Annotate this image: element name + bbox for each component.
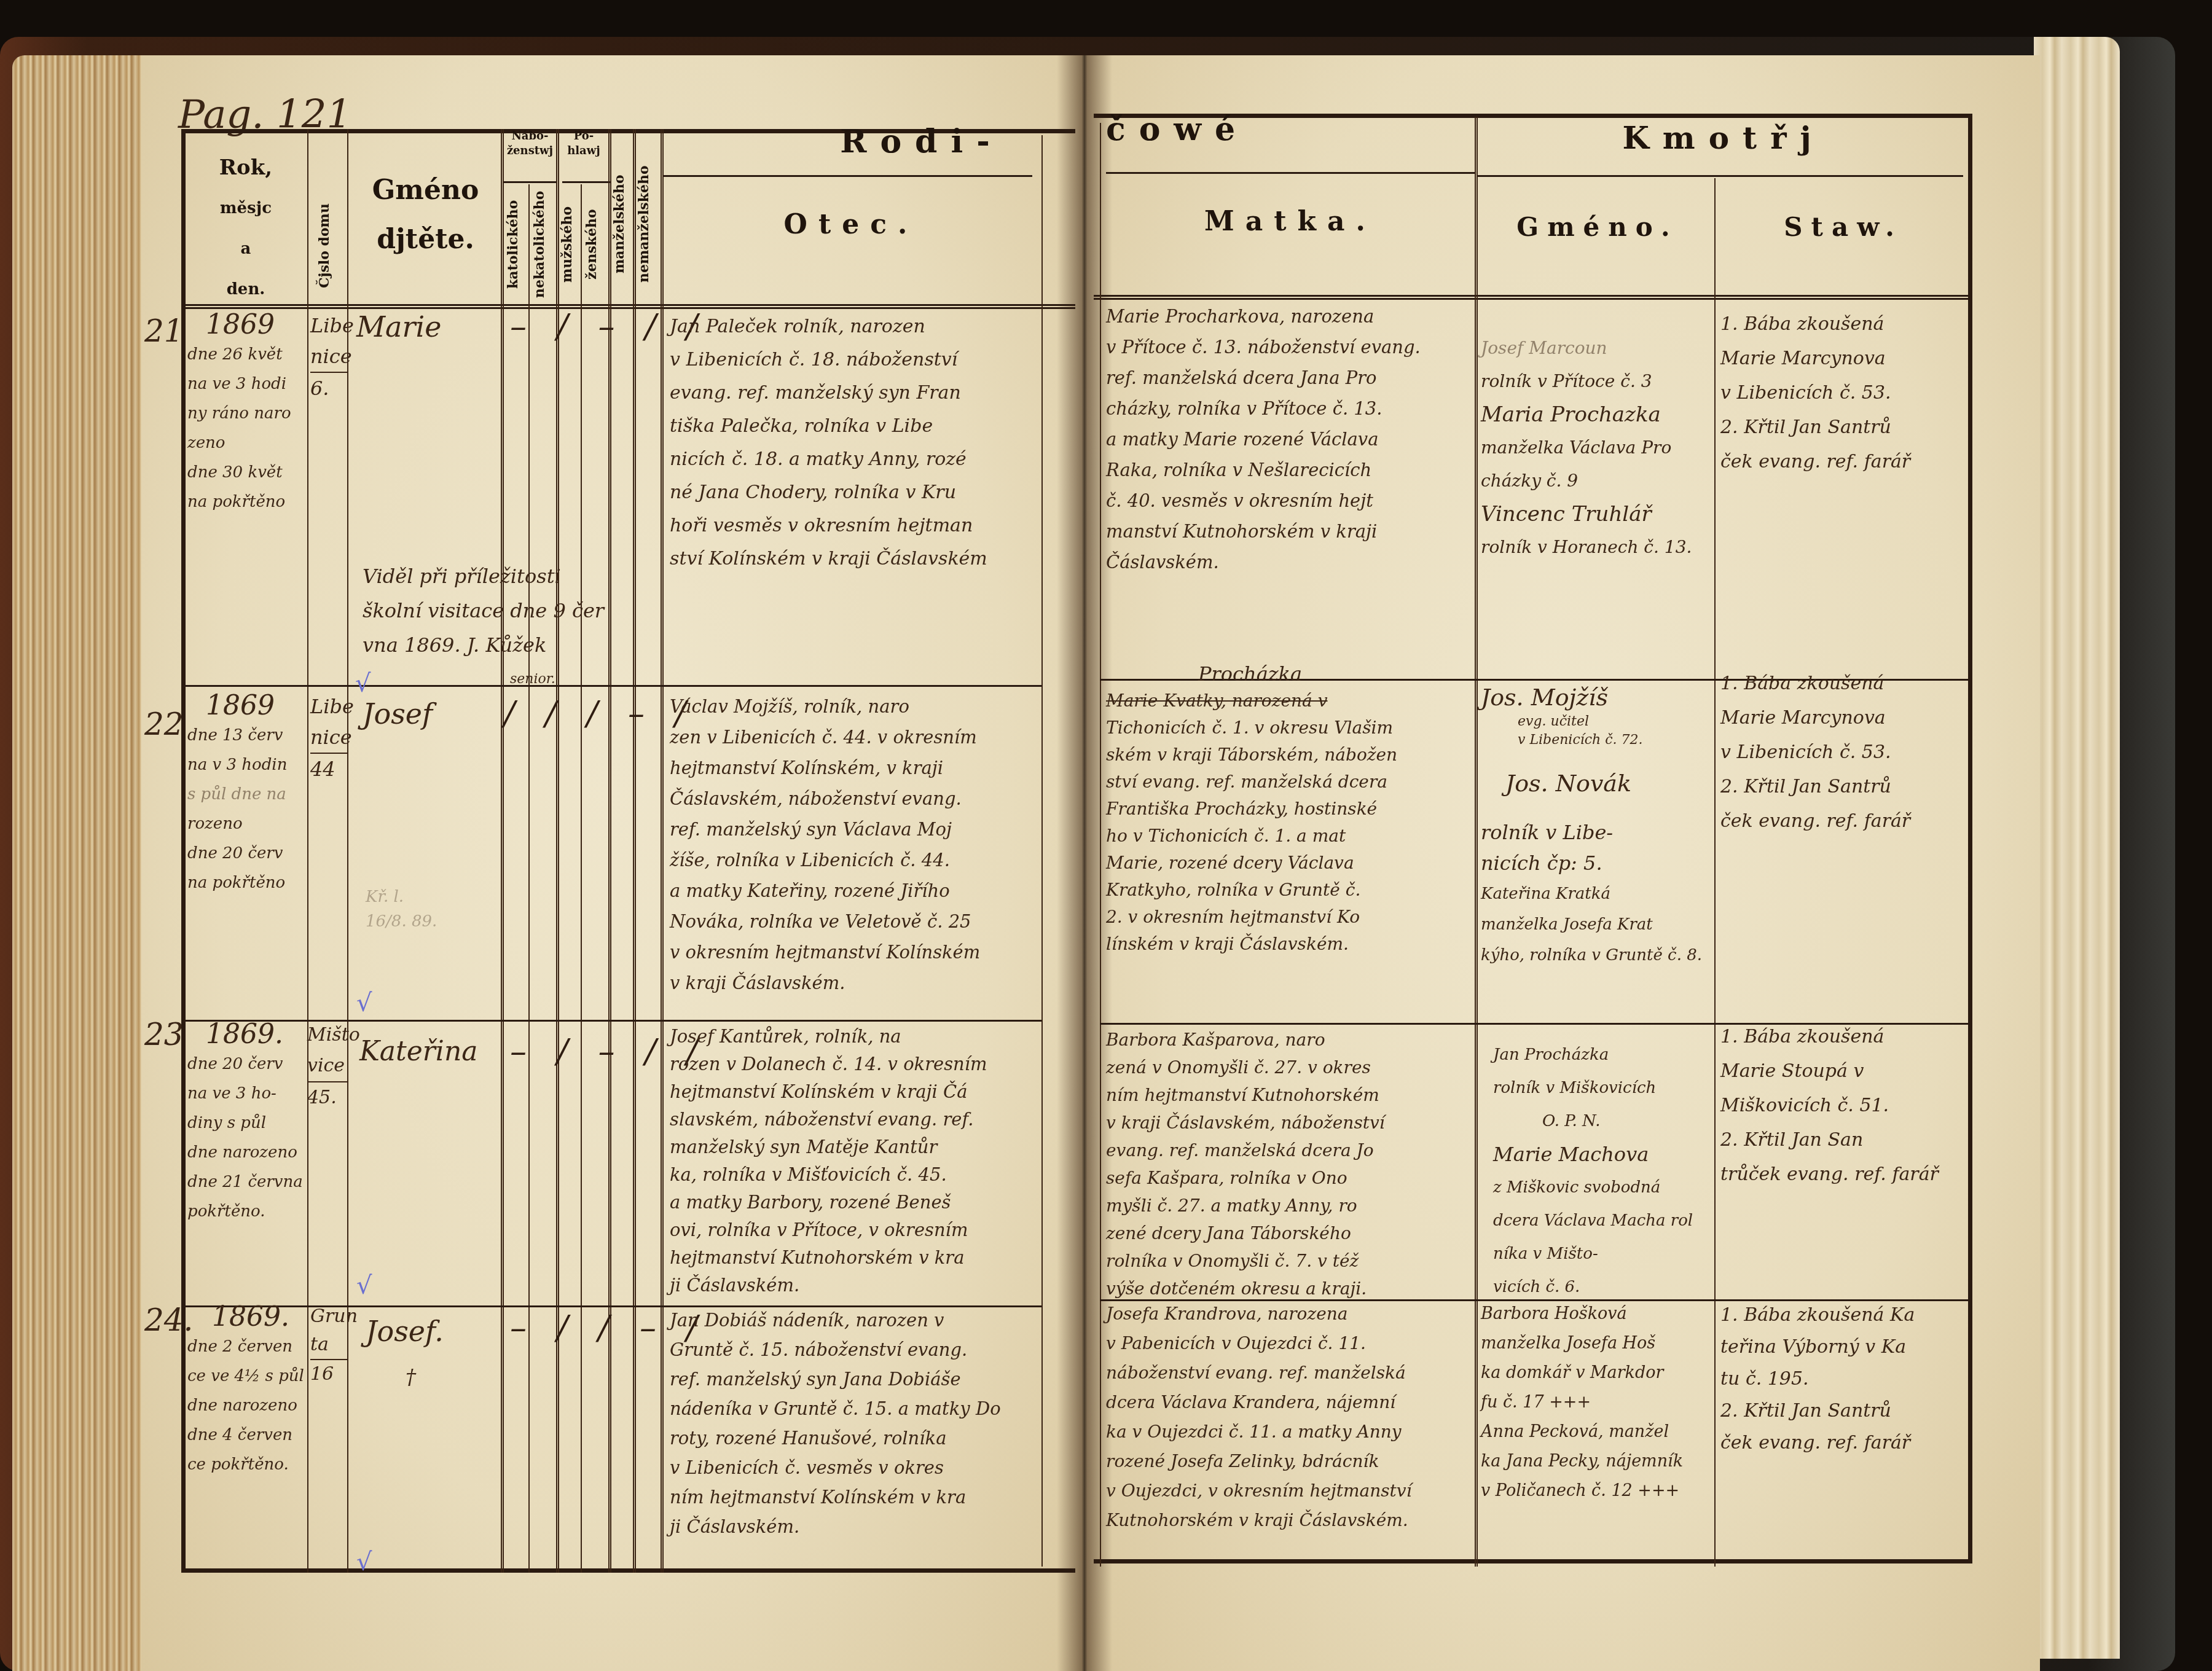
status-line: Miškovicích č. 51.: [1720, 1089, 1969, 1123]
entry-mother: Marie Procharkova, narozena v Přítoce č.…: [1106, 301, 1475, 577]
godparent-line: nicích čp: 5.: [1481, 848, 1714, 879]
father-line: Gruntě č. 15. náboženství evang.: [670, 1335, 1038, 1364]
entry-father: Josef Kantůrek, rolník, na rozen v Dolan…: [670, 1023, 1038, 1299]
godparent-line: ka Jana Pecky, nájemník: [1481, 1447, 1717, 1476]
date-line: 1869: [187, 310, 307, 340]
father-line: Jan Dobiáš nádeník, narozen v: [670, 1305, 1038, 1335]
entry-marks: / / / – /: [504, 694, 696, 733]
entry-godparent-status: 1. Bába zkoušená Ka teřina Výborný v Ka …: [1720, 1299, 1969, 1459]
godparent-line: rolník v Miškovicích: [1493, 1071, 1714, 1105]
father-line: evang. ref. manželský syn Fran: [670, 377, 1038, 410]
father-line: ji Čáslavském.: [670, 1272, 1038, 1299]
header-sex-male: mužského: [559, 187, 579, 301]
header-parents-right: čowé: [1106, 111, 1229, 148]
status-line: 1. Bába zkoušená: [1720, 1020, 1969, 1054]
date-line: dne 4 červen: [187, 1420, 310, 1450]
father-line: Josef Kantůrek, rolník, na: [670, 1023, 1038, 1051]
date-line: zeno: [187, 428, 307, 458]
date-line: rozeno: [187, 809, 307, 839]
status-line: trůček evang. ref. farář: [1720, 1157, 1969, 1192]
godparent-line: Barbora Hošková: [1481, 1299, 1717, 1329]
entry-house: Libe nice 44: [310, 691, 347, 785]
mother-line: výše dotčeném okresu a kraji.: [1106, 1275, 1475, 1302]
col-rule-mother-left: [1100, 123, 1101, 1567]
date-line: dne 26 květ: [187, 340, 307, 369]
mother-line: ském v kraji Táborském, nábožen: [1106, 742, 1475, 769]
mother-line: zená v Onomyšli č. 27. v okres: [1106, 1054, 1475, 1081]
entry-child-name: Kateřina: [359, 1035, 478, 1068]
entry-father: Václav Mojžíš, rolník, naro zen v Libeni…: [670, 691, 1038, 998]
header-sex-female: ženského: [584, 187, 605, 301]
header-sex: Po-hlawj: [559, 129, 608, 158]
pencil-note: Kř. l. 16/8. 89.: [366, 885, 452, 934]
status-line: 2. Křtil Jan San: [1720, 1123, 1969, 1157]
godparent-line: vicích č. 6.: [1493, 1270, 1714, 1304]
entry-godparent-status: 1. Bába zkoušená Marie Stoupá v Miškovic…: [1720, 1020, 1969, 1192]
father-line: žíše, rolníka v Libenicích č. 44.: [670, 845, 1038, 875]
father-line: hejtmanství Kolínském v kraji Čá: [670, 1078, 1038, 1106]
mother-line: ho v Tichonicích č. 1. a mat: [1106, 823, 1475, 850]
mother-line: rolníka v Onomyšli č. 7. v též: [1106, 1247, 1475, 1275]
godparent-line: Marie Machova: [1493, 1138, 1714, 1171]
header-date-line: měsjc: [184, 188, 307, 229]
mother-line: zené dcery Jana Táborského: [1106, 1219, 1475, 1247]
entry-house: Grun ta 16: [310, 1302, 347, 1388]
father-line: v okresním hejtmanství Kolínském: [670, 937, 1038, 968]
parents-subrule-right: [1106, 172, 1475, 174]
entry-date: 1869. dne 20 červ na ve 3 ho- diny s půl…: [187, 1020, 307, 1226]
entry-number: 21: [144, 313, 184, 349]
header-legitimate: manželského: [611, 147, 631, 301]
pencil-note-line: Kř. l.: [366, 885, 452, 909]
father-line: rozen v Dolanech č. 14. v okresním: [670, 1051, 1038, 1078]
father-line: ka, rolníka v Mišťovicích č. 45.: [670, 1161, 1038, 1189]
status-line: Marie Stoupá v: [1720, 1054, 1969, 1089]
mother-line: ka v Oujezdci č. 11. a matky Anny: [1106, 1417, 1475, 1447]
header-child-name-line: Gméno: [350, 166, 501, 215]
godparent-line: níka v Mišto-: [1493, 1237, 1714, 1270]
inspection-note: Viděl při příležitosti školní visitace d…: [363, 559, 633, 697]
header-mother: Matka.: [1106, 206, 1475, 237]
note-line: školní visitace dne 9 čer: [363, 593, 633, 628]
father-line: Čáslavském, náboženství evang.: [670, 783, 1038, 814]
entry-mother: Josefa Krandrova, narozena v Pabenicích …: [1106, 1299, 1475, 1535]
entry-godparent-names: Jos. Mojžíš evg. učitel v Libenicích č. …: [1481, 682, 1714, 971]
header-father: Otec.: [664, 209, 1038, 240]
mother-line: Kutnohorském v kraji Čáslavském.: [1106, 1506, 1475, 1535]
father-line: ním hejtmanství Kolínském v kra: [670, 1482, 1038, 1512]
father-line: nádeníka v Gruntě č. 15. a matky Do: [670, 1394, 1038, 1423]
father-line: Nováka, rolníka ve Veletově č. 25: [670, 906, 1038, 937]
date-line: 1869.: [187, 1020, 307, 1049]
father-line: nicích č. 18. a matky Anny, rozé: [670, 443, 1038, 476]
sex-subrule: [562, 181, 611, 183]
godparent-signature: Jos. Novák: [1481, 749, 1714, 799]
mother-line: sefa Kašpara, rolníka v Ono: [1106, 1164, 1475, 1192]
mother-line: Josefa Krandrova, narozena: [1106, 1299, 1475, 1329]
pencil-note-line: 16/8. 89.: [366, 909, 452, 934]
entry-father: Jan Dobiáš nádeník, narozen v Gruntě č. …: [670, 1305, 1038, 1541]
father-line: a matky Barbory, rozené Beneš: [670, 1189, 1038, 1216]
father-line: a matky Kateřiny, rozené Jiřího: [670, 875, 1038, 906]
mother-line: č. 40. vesměs v okresním hejt: [1106, 485, 1475, 516]
house-line: ta: [310, 1331, 347, 1359]
godparent-line: Maria Prochazka: [1481, 398, 1714, 431]
mother-line: evang. ref. manželská dcera Jo: [1106, 1137, 1475, 1164]
father-line: ref. manželský syn Václava Moj: [670, 814, 1038, 845]
blue-check-icon: √: [356, 1272, 372, 1300]
house-line: Mišto: [307, 1020, 347, 1051]
godparent-line: O. P. N.: [1493, 1105, 1714, 1138]
header-child-name: Gméno djtěte.: [350, 166, 501, 264]
mother-line: náboženství evang. ref. manželská: [1106, 1358, 1475, 1388]
father-line: zen v Libenicích č. 44. v okresním: [670, 722, 1038, 753]
godparent-line: rolník v Libe-: [1481, 799, 1714, 848]
header-godparents: Kmotřj: [1481, 120, 1966, 156]
mother-line: v Pabenicích v Oujezdci č. 11.: [1106, 1329, 1475, 1358]
father-line: ref. manželský syn Jana Dobiáše: [670, 1364, 1038, 1394]
date-line: ce ve 4½ s půl: [187, 1361, 310, 1391]
date-line: dne narozeno: [187, 1138, 307, 1167]
father-line: hejtmanství Kutnohorském v kra: [670, 1244, 1038, 1272]
date-line: dne 13 červ: [187, 721, 307, 750]
godparent-line: Kateřina Kratká: [1481, 879, 1714, 909]
col-rule-mother: [1475, 117, 1478, 1567]
entry-mother: Procházka Marie Kvatky, narozená v Ticho…: [1106, 660, 1475, 958]
godparent-line: cházky č. 9: [1481, 464, 1714, 498]
header-parents-left: Rodi-: [799, 123, 1045, 160]
date-line: diny s půl: [187, 1108, 307, 1138]
godparent-line: ka domkář v Markdor: [1481, 1358, 1717, 1388]
parents-subrule-left: [664, 175, 1032, 177]
date-line: na ve 3 hodi: [187, 369, 307, 399]
header-date: Rok, měsjc a den.: [184, 147, 307, 310]
godparent-line: rolník v Horanech č. 13.: [1481, 531, 1714, 564]
date-line: dne 20 červ: [187, 1049, 307, 1079]
entry-date: 1869 dne 13 červ na v 3 hodin s půl dne …: [187, 691, 307, 898]
mother-line: Marie Procharkova, narozena: [1106, 301, 1475, 332]
godparent-line: rolník v Přítoce č. 3: [1481, 365, 1714, 398]
status-line: tu č. 195.: [1720, 1363, 1969, 1395]
father-line: Václav Mojžíš, rolník, naro: [670, 691, 1038, 722]
col-rule-father: [1041, 135, 1043, 1567]
entry-child-name: Josef: [363, 697, 433, 730]
father-line: slavském, náboženství evang. ref.: [670, 1106, 1038, 1133]
blue-check-icon: √: [356, 989, 372, 1017]
entry-father: Jan Paleček rolník, narozen v Libenicích…: [670, 310, 1038, 576]
mother-line: v Oujezdci, v okresním hejtmanství: [1106, 1476, 1475, 1506]
date-line: na pokřtěno: [187, 868, 307, 898]
status-line: ček evang. ref. farář: [1720, 804, 1969, 839]
status-line: Marie Marcynova: [1720, 342, 1969, 376]
entry-godparent-names: Josef Marcoun rolník v Přítoce č. 3 Mari…: [1481, 332, 1714, 564]
godparent-line: kýho, rolníka v Gruntě č. 8.: [1481, 940, 1714, 971]
father-line: ství Kolínském v kraji Čáslavském: [670, 542, 1038, 576]
status-line: 1. Bába zkoušená: [1720, 307, 1969, 342]
godparent-line: manželka Václava Pro: [1481, 431, 1714, 464]
house-line: 44: [310, 753, 347, 785]
date-line: na ve 3 ho-: [187, 1079, 307, 1108]
date-line: dne 30 květ: [187, 458, 307, 487]
house-line: nice: [310, 722, 347, 753]
header-child-name-line: djtěte.: [350, 215, 501, 264]
status-line: teřina Výborný v Ka: [1720, 1331, 1969, 1363]
mother-line: Barbora Kašparova, naro: [1106, 1026, 1475, 1054]
entry-child-name: Josef.: [366, 1315, 444, 1348]
date-line: dne narozeno: [187, 1391, 310, 1420]
date-line: 1869.: [187, 1302, 310, 1332]
godparent-line: evg. učitel: [1481, 713, 1714, 731]
mother-line: 2. v okresním hejtmanství Ko: [1106, 904, 1475, 931]
godparent-line: Vincenc Truhlář: [1481, 498, 1714, 531]
page-stack-left: [12, 55, 144, 1671]
header-house-number: Čjslo domu: [316, 203, 341, 289]
house-line: Libe: [310, 691, 347, 722]
mother-line: línském v kraji Čáslavském.: [1106, 931, 1475, 958]
date-line: dne 20 červ: [187, 839, 307, 868]
status-line: Marie Marcynova: [1720, 701, 1969, 735]
house-line: nice: [310, 341, 347, 372]
house-line: 6.: [310, 372, 347, 404]
mother-line: Marie Kvatky, narozená v: [1106, 687, 1475, 714]
mother-correction: Procházka: [1106, 660, 1475, 687]
mother-line: Tichonicích č. 1. v okresu Vlašim: [1106, 714, 1475, 742]
godparent-line: v Libenicích č. 72.: [1481, 731, 1714, 749]
father-line: ji Čáslavském.: [670, 1512, 1038, 1541]
entry-mother: Barbora Kašparova, naro zená v Onomyšli …: [1106, 1026, 1475, 1302]
mother-name-struck: Marie Kvatky, narozená v: [1106, 691, 1327, 711]
status-line: 2. Křtil Jan Santrů: [1720, 770, 1969, 804]
status-line: 2. Křtil Jan Santrů: [1720, 410, 1969, 445]
header-date-line: den.: [184, 269, 307, 310]
note-line: Viděl při příležitosti: [363, 559, 633, 593]
status-line: 2. Křtil Jan Santrů: [1720, 1395, 1969, 1427]
col-rule-sex-mid: [581, 184, 582, 1573]
date-line: na pokřtěno: [187, 487, 307, 517]
header-godparent-status: Staw.: [1717, 212, 1969, 242]
col-rule-religion-mid: [528, 184, 530, 1573]
date-line: dne 21 června: [187, 1167, 307, 1197]
status-line: v Libenicích č. 53.: [1720, 735, 1969, 770]
blue-check-icon: √: [355, 670, 371, 698]
note-line: senior.: [363, 662, 633, 697]
house-line: 45.: [307, 1081, 347, 1113]
entry-number: 22: [144, 706, 184, 742]
house-line: 16: [310, 1359, 347, 1388]
mother-line: Čáslavském.: [1106, 547, 1475, 577]
mother-line: v kraji Čáslavském, náboženství: [1106, 1109, 1475, 1137]
godparent-line: Josef Marcoun: [1481, 332, 1714, 365]
page-stack-right: [2034, 37, 2120, 1659]
godparent-line: fu č. 17 +++: [1481, 1388, 1717, 1417]
father-line: hejtmanství Kolínském, v kraji: [670, 753, 1038, 783]
entry-godparent-status: 1. Bába zkoušená Marie Marcynova v Liben…: [1720, 667, 1969, 839]
death-cross-icon: †: [406, 1361, 416, 1394]
father-line: v kraji Čáslavském.: [670, 968, 1038, 998]
mother-line: cházky, rolníka v Přítoce č. 13.: [1106, 393, 1475, 424]
godparent-line: z Miškovic svobodná: [1493, 1171, 1714, 1204]
date-line: s půl dne na: [187, 780, 307, 809]
header-religion-catholic: katolického: [505, 187, 526, 301]
mother-line: Marie, rozené dcery Václava: [1106, 850, 1475, 877]
entry-date: 1869. dne 2 červen ce ve 4½ s půl dne na…: [187, 1302, 310, 1479]
entry-child-name: Marie: [356, 310, 441, 343]
status-line: 1. Bába zkoušená: [1720, 667, 1969, 701]
entry-house: Libe nice 6.: [310, 310, 347, 404]
godparent-line: manželka Josefa Hoš: [1481, 1329, 1717, 1358]
house-line: Grun: [310, 1302, 347, 1331]
date-line: 1869: [187, 691, 307, 721]
entry-date: 1869 dne 26 květ na ve 3 hodi ny ráno na…: [187, 310, 307, 517]
entry-house: Mišto vice 45.: [307, 1020, 347, 1113]
entry-number: 24.: [144, 1302, 194, 1338]
col-rule-name: [501, 129, 504, 1573]
status-line: ček evang. ref. farář: [1720, 445, 1969, 479]
mother-line: myšli č. 27. a matky Anny, ro: [1106, 1192, 1475, 1219]
entry-number: 23: [144, 1017, 184, 1052]
mother-line: ství evang. ref. manželská dcera: [1106, 769, 1475, 796]
godparent-line: manželka Josefa Krat: [1481, 909, 1714, 940]
father-line: né Jana Chodery, rolníka v Kru: [670, 476, 1038, 509]
mother-line: ref. manželská dcera Jana Pro: [1106, 362, 1475, 393]
religion-subrule: [504, 181, 556, 183]
father-line: manželský syn Matěje Kantůr: [670, 1133, 1038, 1161]
father-line: v Libenicích č. vesměs v okres: [670, 1453, 1038, 1482]
father-line: Jan Paleček rolník, narozen: [670, 310, 1038, 343]
mother-line: rozené Josefa Zelinky, bdrácník: [1106, 1447, 1475, 1476]
mother-line: ním hejtmanství Kutnohorském: [1106, 1081, 1475, 1109]
date-line: na v 3 hodin: [187, 750, 307, 780]
header-date-line: a: [184, 229, 307, 269]
mother-line: v Přítoce č. 13. náboženství evang.: [1106, 332, 1475, 362]
godparent-line: v Poličanech č. 12 +++: [1481, 1476, 1717, 1506]
godparents-subrule: [1478, 175, 1963, 177]
mother-line: Kratkyho, rolníka v Gruntě č.: [1106, 877, 1475, 904]
header-illegitimate: nemanželského: [636, 147, 658, 301]
godparent-line: Anna Pecková, manžel: [1481, 1417, 1717, 1447]
father-line: roty, rozené Hanušové, rolníka: [670, 1423, 1038, 1453]
date-line: ny ráno naro: [187, 399, 307, 428]
date-line: dne 2 červen: [187, 1332, 310, 1361]
status-line: ček evang. ref. farář: [1720, 1427, 1969, 1459]
mother-line: dcera Václava Krandera, nájemní: [1106, 1388, 1475, 1417]
father-line: ovi, rolníka v Přítoce, v okresním: [670, 1216, 1038, 1244]
header-godparent-name: Gméno.: [1481, 212, 1714, 242]
mother-line: Raka, rolníka v Nešlarecicích: [1106, 455, 1475, 485]
header-religion-noncatholic: nekatolického: [531, 187, 552, 301]
father-line: hoři vesměs v okresním hejtman: [670, 509, 1038, 542]
godparent-line: Jan Procházka: [1493, 1038, 1714, 1071]
father-line: tiška Palečka, rolníka v Libe: [670, 410, 1038, 443]
date-line: pokřtěno.: [187, 1197, 307, 1226]
status-line: 1. Bába zkoušená Ka: [1720, 1299, 1969, 1331]
entry-godparent-names: Jan Procházka rolník v Miškovicích O. P.…: [1493, 1038, 1714, 1304]
header-religion: Nábo-ženstwj: [504, 129, 556, 158]
blue-check-icon: √: [356, 1548, 372, 1576]
house-line: Libe: [310, 310, 347, 341]
mother-line: Františka Procházky, hostinské: [1106, 796, 1475, 823]
godparent-signature: Jos. Mojžíš: [1481, 682, 1714, 713]
godparent-line: dcera Václava Macha rol: [1493, 1204, 1714, 1237]
header-date-line: Rok,: [184, 147, 307, 188]
status-line: v Libenicích č. 53.: [1720, 376, 1969, 410]
date-line: ce pokřtěno.: [187, 1450, 310, 1479]
house-line: vice: [307, 1051, 347, 1081]
mother-line: manství Kutnohorském v kraji: [1106, 516, 1475, 547]
mother-line: a matky Marie rozené Václava: [1106, 424, 1475, 455]
father-line: v Libenicích č. 18. náboženství: [670, 343, 1038, 377]
note-line: vna 1869. J. Kůžek: [363, 628, 633, 662]
entry-godparent-status: 1. Bába zkoušená Marie Marcynova v Liben…: [1720, 307, 1969, 479]
entry-godparent-names: Barbora Hošková manželka Josefa Hoš ka d…: [1481, 1299, 1717, 1506]
